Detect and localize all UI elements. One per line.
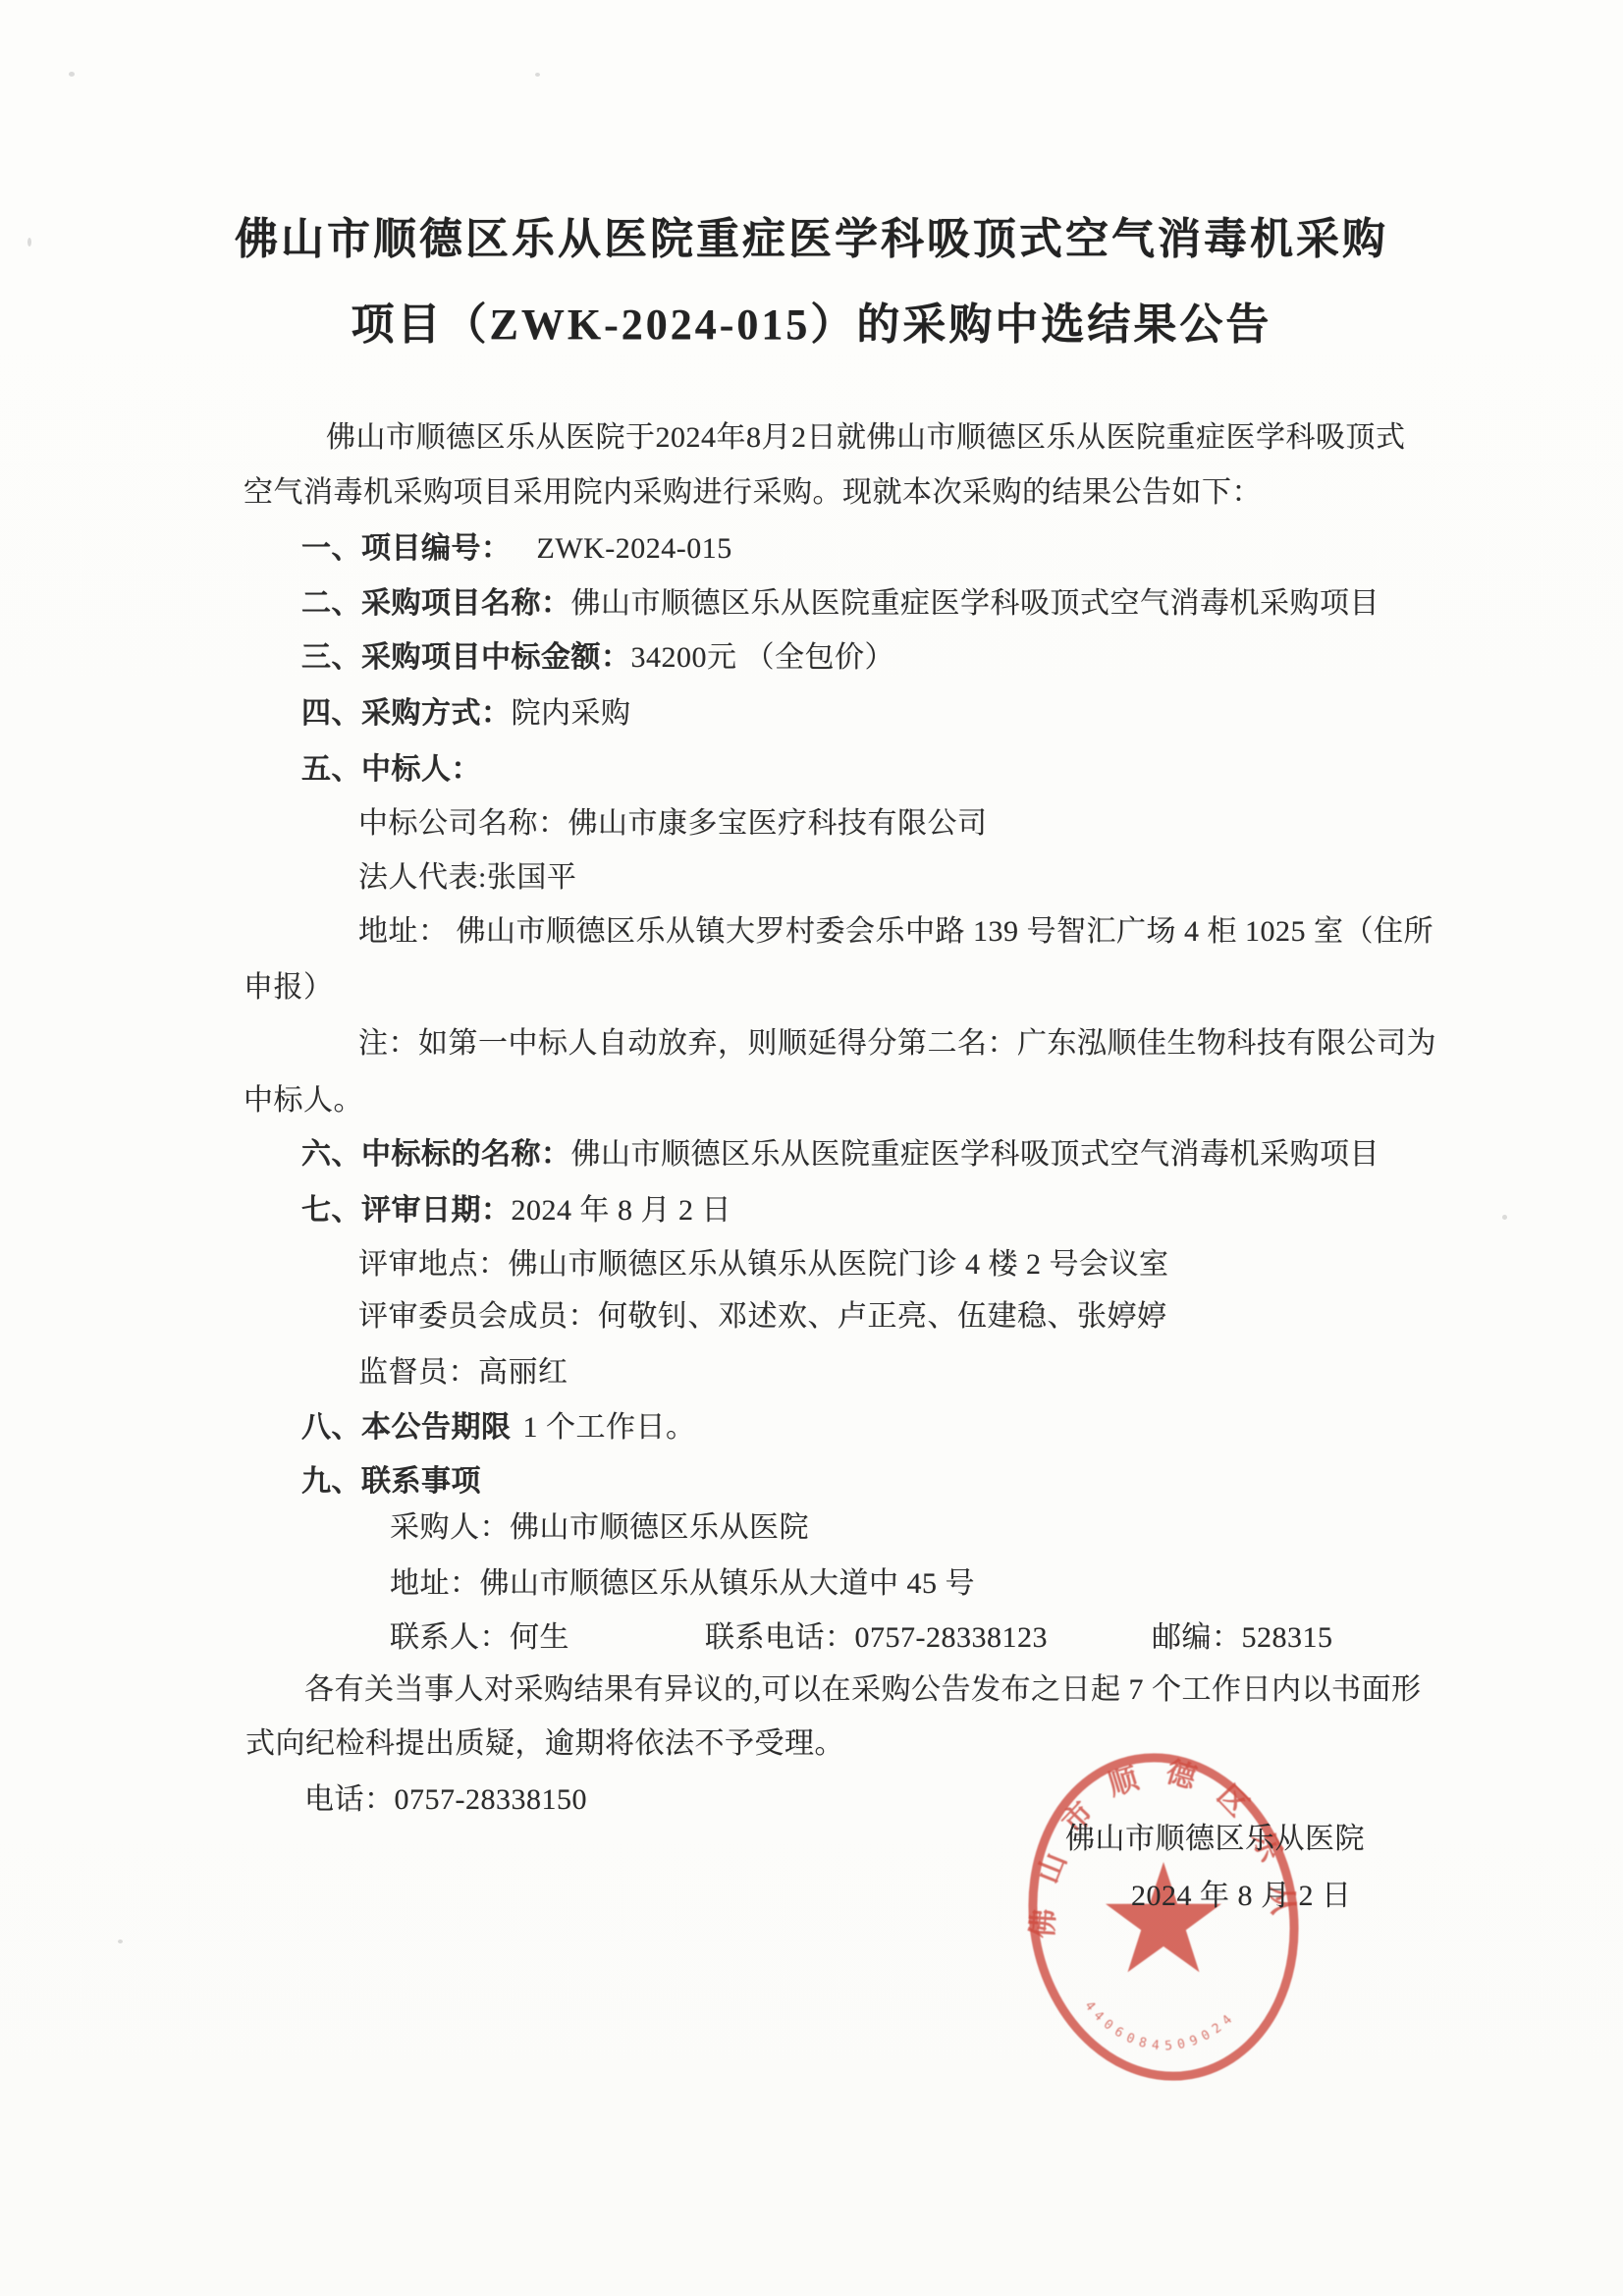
list-item-label: 九、联系事项: [301, 1465, 481, 1498]
list-item-value: 34200元 （全包价）: [631, 641, 895, 674]
list-item-value: 佛山市顺德区乐从医院重症医学科吸顶式空气消毒机采购项目: [571, 587, 1380, 620]
winner-address-line: 地址： 佛山市顺德区乐从镇大罗村委会乐中路 139 号智汇广场 4 柜 1025…: [358, 912, 1434, 952]
document-title-line-1: 佛山市顺德区乐从医院重症医学科吸顶式空气消毒机采购: [0, 212, 1623, 267]
list-item-value: 2024 年 8 月 2 日: [512, 1194, 732, 1227]
review-committee-line: 评审委员会成员：何敬钊、邓述欢、卢正亮、伍建稳、张婷婷: [358, 1297, 1167, 1337]
list-item-review-date: 七、评审日期：2024 年 8 月 2 日: [301, 1191, 731, 1230]
official-seal-stamp: 佛山市顺德区乐从医院 4406084509024: [997, 1740, 1340, 2104]
winner-company-line: 中标公司名称：佛山市康多宝医疗科技有限公司: [358, 804, 988, 844]
list-item-label: 八、本公告期限: [301, 1411, 512, 1444]
contact-person: 联系人：何生: [390, 1621, 569, 1654]
list-item-label: 六、中标标的名称：: [301, 1138, 571, 1171]
list-item-project-name: 二、采购项目名称：佛山市顺德区乐从医院重症医学科吸顶式空气消毒机采购项目: [301, 584, 1380, 624]
list-item-label: 三、采购项目中标金额：: [301, 641, 631, 674]
review-place-line: 评审地点：佛山市顺德区乐从镇乐从医院门诊 4 楼 2 号会议室: [358, 1245, 1169, 1285]
svg-text:4406084509024: 4406084509024: [1081, 1998, 1239, 2053]
supervisor-line: 监督员：高丽红: [358, 1353, 568, 1393]
runner-up-note-line: 中标人。: [243, 1081, 363, 1121]
legal-representative-line: 法人代表:张国平: [358, 858, 576, 898]
list-item-value: 1 个工作日。: [523, 1411, 696, 1444]
list-item-value: 佛山市顺德区乐从医院重症医学科吸顶式空气消毒机采购项目: [571, 1138, 1380, 1171]
phone-line: 电话：0757-28338150: [304, 1780, 587, 1820]
intro-paragraph-line: 空气消毒机采购项目采用院内采购进行采购。现就本次采购的结果公告如下：: [243, 473, 1262, 513]
list-item-label: 二、采购项目名称：: [301, 587, 571, 620]
contact-row: 联系人：何生联系电话：0757-28338123邮编：528315: [390, 1618, 1333, 1658]
scanned-document-page: { "page": { "background_color": "#fcfcfa…: [0, 0, 1623, 2296]
scan-speck: [1502, 1215, 1507, 1220]
list-item-procurement-method: 四、采购方式：院内采购: [301, 694, 631, 734]
seal-serial-number: 4406084509024: [1081, 1998, 1239, 2053]
objection-paragraph-line: 各有关当事人对采购结果有异议的,可以在采购公告发布之日起 7 个工作日内以书面形: [304, 1670, 1422, 1710]
list-item-contact-matters: 九、联系事项: [301, 1462, 481, 1502]
signature-org: 佛山市顺德区乐从医院: [1065, 1820, 1365, 1859]
document-title-line-2: 项目（ZWK-2024-015）的采购中选结果公告: [0, 298, 1623, 353]
list-item-award-subject: 六、中标标的名称：佛山市顺德区乐从医院重症医学科吸顶式空气消毒机采购项目: [301, 1135, 1380, 1175]
list-item-award-amount: 三、采购项目中标金额：34200元 （全包价）: [301, 638, 894, 678]
winner-address-line: 申报）: [243, 968, 334, 1008]
runner-up-note-line: 注：如第一中标人自动放弃，则顺延得分第二名：广东泓顺佳生物科技有限公司为: [358, 1024, 1436, 1064]
postal-code: 邮编：528315: [1152, 1621, 1333, 1654]
purchaser-line: 采购人：佛山市顺德区乐从医院: [390, 1508, 809, 1548]
list-item-value: ZWK-2024-015: [537, 532, 732, 565]
scan-speck: [535, 73, 540, 77]
list-item-label: 一、项目编号：: [301, 532, 512, 565]
scan-speck: [118, 1940, 123, 1943]
scan-speck: [69, 72, 75, 77]
list-item-project-number: 一、项目编号：ZWK-2024-015: [301, 529, 732, 569]
signature-date: 2024 年 8 月 2 日: [1131, 1877, 1352, 1916]
list-item-notice-period: 八、本公告期限1 个工作日。: [301, 1408, 696, 1448]
list-item-label: 五、中标人：: [301, 753, 481, 786]
contact-address-line: 地址：佛山市顺德区乐从镇乐从大道中 45 号: [390, 1564, 975, 1604]
intro-paragraph-line: 佛山市顺德区乐从医院于2024年8月2日就佛山市顺德区乐从医院重症医学科吸顶式: [326, 418, 1406, 458]
objection-paragraph-line: 式向纪检科提出质疑，逾期将依法不予受理。: [245, 1724, 844, 1764]
contact-phone: 联系电话：0757-28338123: [705, 1621, 1048, 1654]
list-item-label: 四、采购方式：: [301, 697, 512, 730]
list-item-winner: 五、中标人：: [301, 750, 481, 790]
list-item-value: 院内采购: [512, 697, 631, 730]
list-item-label: 七、评审日期：: [301, 1194, 512, 1227]
